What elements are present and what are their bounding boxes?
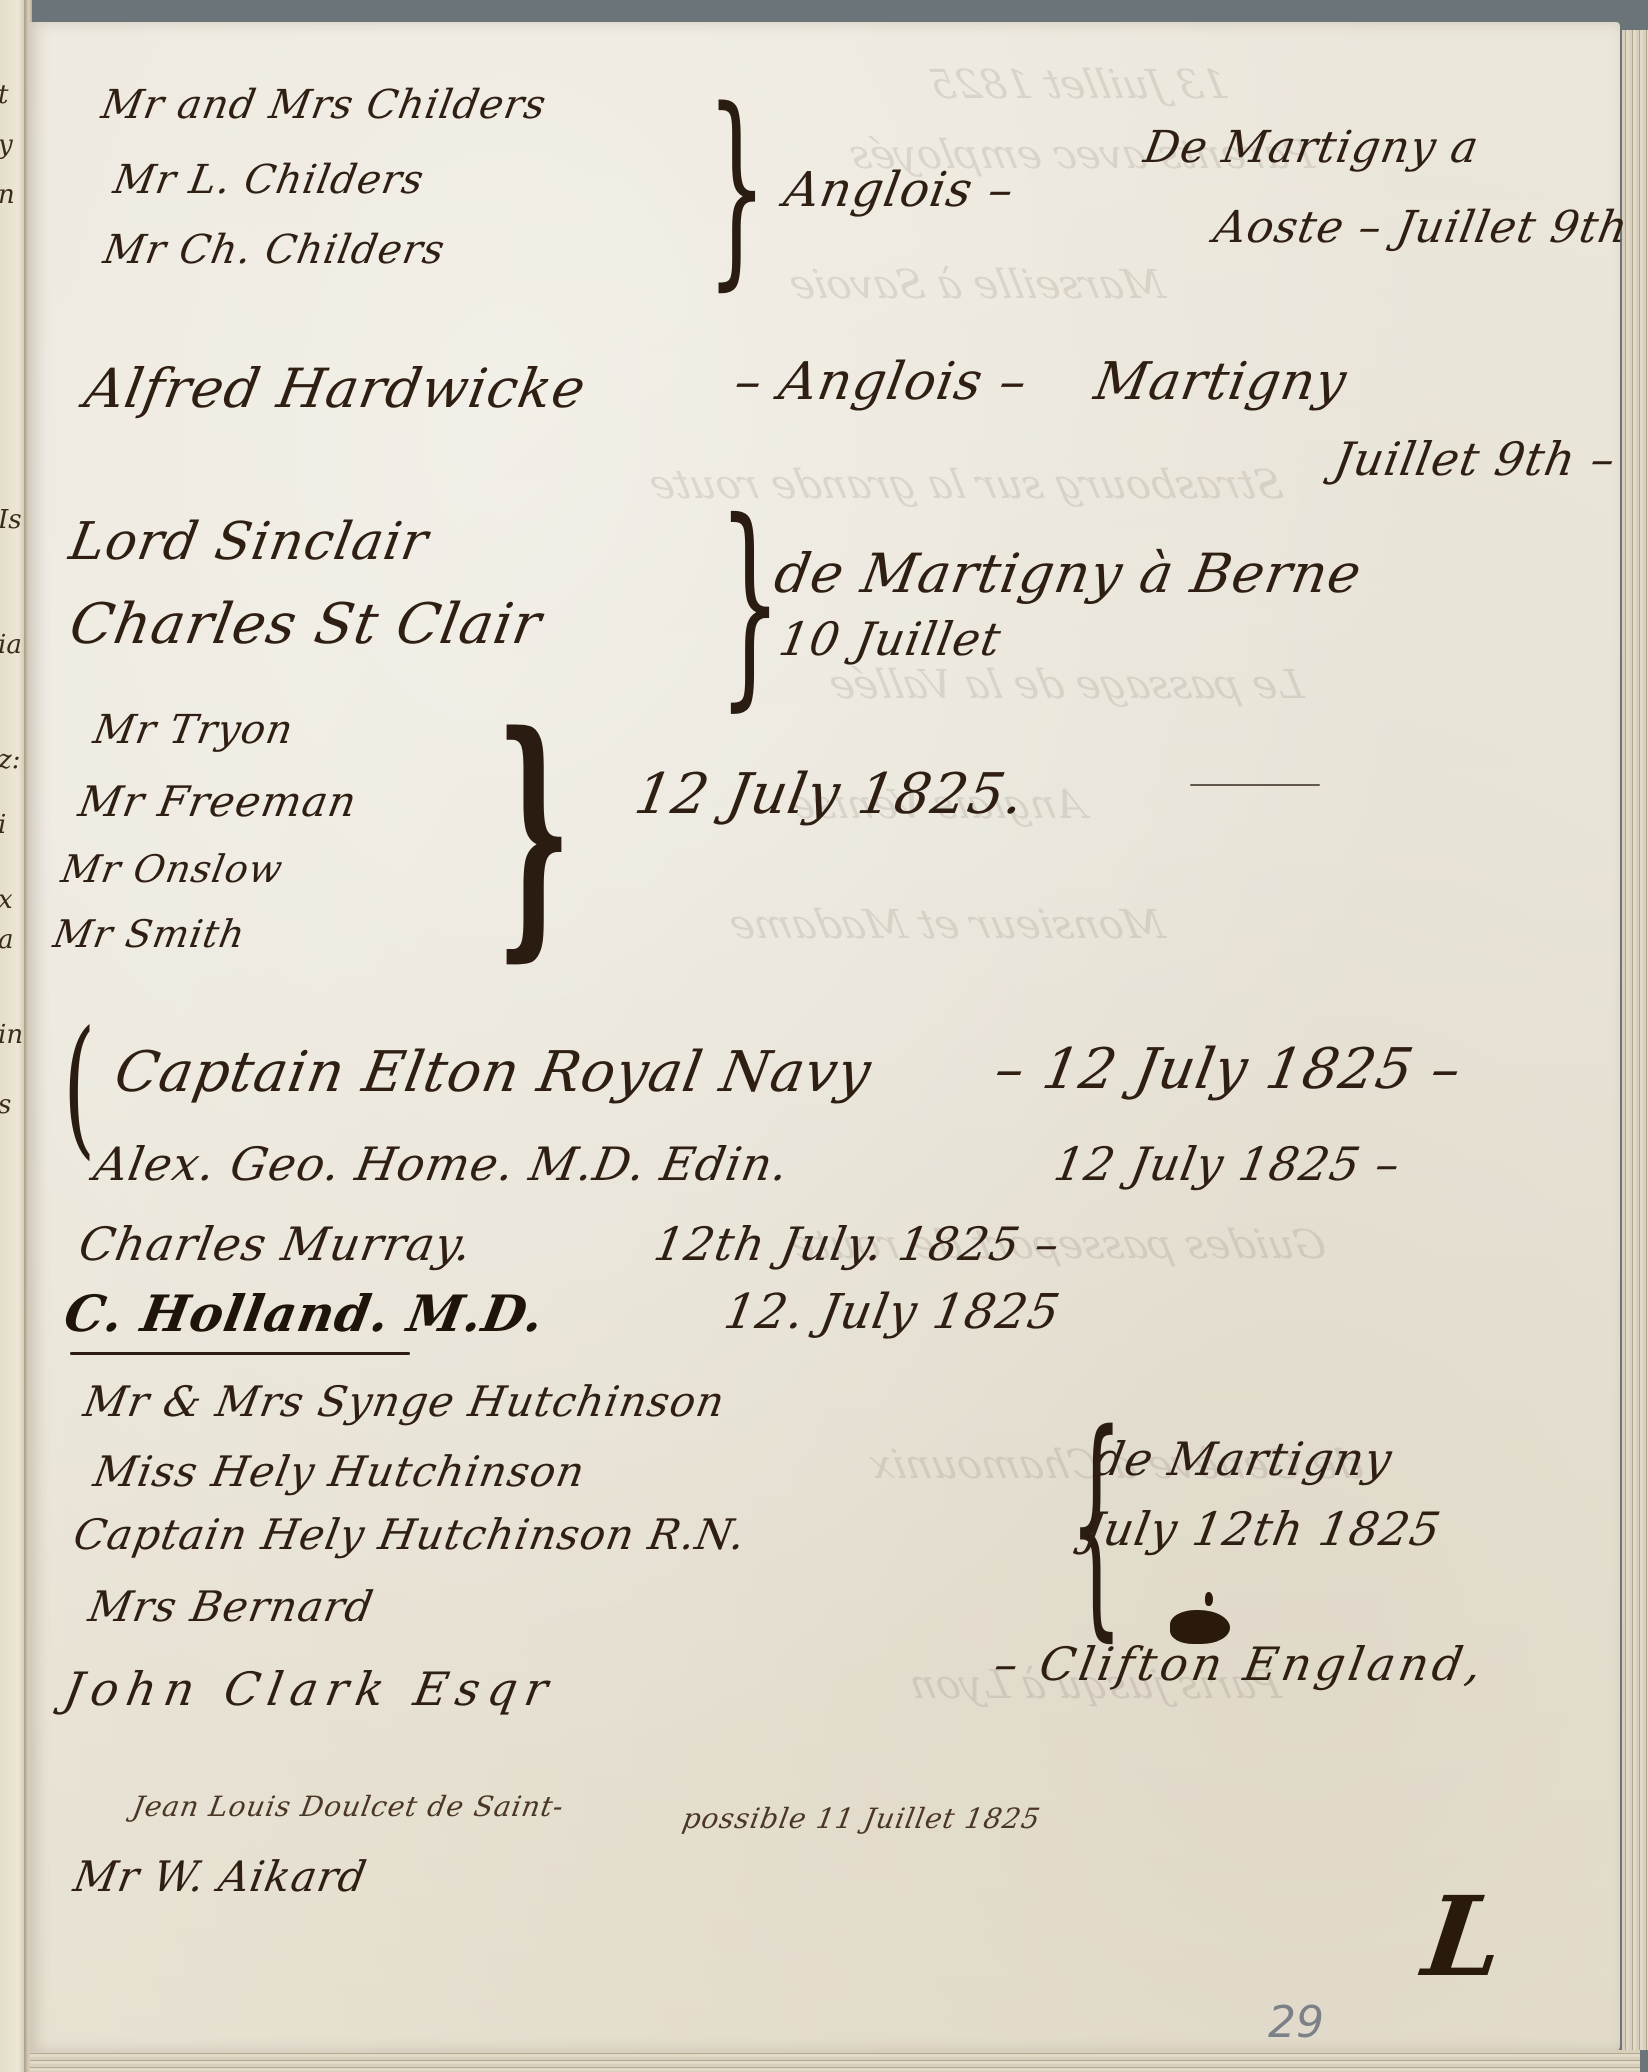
entry-name: Mr and Mrs Childers: [98, 82, 550, 128]
entry-name: Charles St Clair: [65, 592, 547, 657]
entry-route: Martigny: [1090, 352, 1351, 412]
dash-mark: [1190, 784, 1320, 786]
entry-date: 12 July 1825 –: [1050, 1137, 1405, 1191]
bleed-through-text: Marseille à Savoie: [785, 262, 1169, 308]
entry-name: Alfred Hardwicke: [80, 357, 591, 420]
grouping-brace: }: [707, 82, 767, 292]
margin-fragment: in: [0, 1020, 23, 1050]
entry-date: 12 July 1825.: [630, 762, 1030, 827]
entry-name: Captain Elton Royal Navy: [110, 1040, 876, 1105]
margin-fragment: s: [0, 1090, 11, 1120]
manuscript-page: 13 Juillet 1825 Parents avec employés Ma…: [30, 22, 1620, 2052]
entry-name: Miss Hely Hutchinson: [90, 1447, 589, 1496]
page-stack-right-edge: [1622, 30, 1648, 2050]
entry-route: de Martigny à Berne: [770, 542, 1367, 605]
margin-fragment: t: [0, 80, 8, 110]
margin-fragment: ia: [0, 630, 22, 660]
entry-nationality: Anglois –: [780, 162, 1019, 218]
entry-nationality: – Anglois –: [730, 352, 1032, 412]
entry-name: Captain Hely Hutchinson R.N.: [70, 1510, 750, 1559]
entry-name: Lord Sinclair: [65, 512, 433, 572]
entry-name: Mr Freeman: [75, 777, 361, 826]
grouping-brace: }: [496, 702, 571, 962]
entry-date: 12th July. 1825 –: [650, 1217, 1064, 1271]
ink-blot: [1170, 1610, 1230, 1644]
entry-note: possible 11 Juillet 1825: [680, 1802, 1043, 1835]
entry-route-date: 10 Juillet: [775, 612, 1006, 666]
entry-name: Mr W. Aikard: [70, 1852, 371, 1901]
ink-blot: [1205, 1592, 1213, 1606]
entry-name: John Clark Esqr: [60, 1662, 560, 1716]
entry-name: Mr Ch. Childers: [100, 227, 449, 273]
facing-page-text-fragments: t y n Is ia z: i x a in s: [0, 0, 26, 2072]
bleed-through-text: Monsieur et Madame: [725, 902, 1168, 948]
entry-name: C. Holland. M.D.: [60, 1284, 549, 1343]
entry-name: Jean Louis Doulcet de Saint-: [130, 1790, 567, 1823]
entry-date: 12. July 1825: [720, 1284, 1065, 1340]
margin-fragment: z:: [0, 745, 20, 775]
margin-fragment: a: [0, 925, 14, 955]
margin-fragment: x: [0, 885, 13, 915]
entry-name: Mr & Mrs Synge Hutchinson: [80, 1377, 729, 1426]
entry-route: de Martigny: [1090, 1432, 1397, 1486]
entry-route: De Martigny a: [1140, 122, 1483, 173]
margin-fragment: n: [0, 180, 15, 210]
entry-name: Mr Smith: [50, 912, 249, 956]
bleed-through-text: 13 Juillet 1825: [925, 62, 1233, 108]
corner-mark: L: [1404, 1872, 1523, 2001]
margin-fragment: Is: [0, 505, 22, 535]
entry-date: – 12 July 1825 –: [990, 1037, 1467, 1102]
entry-name: Mr L. Childers: [110, 157, 428, 203]
entry-name: Alex. Geo. Home. M.D. Edin.: [90, 1137, 793, 1191]
entry-name: Mr Onslow: [58, 847, 287, 891]
entry-route-date: Juillet 9th –: [1330, 432, 1620, 486]
large-capital-c: (: [63, 1012, 95, 1162]
page-stack-bottom-edge: [30, 2050, 1640, 2072]
signature-underline: [70, 1352, 410, 1355]
entry-name: Mr Tryon: [90, 707, 297, 753]
entry-origin: – Clifton England,: [990, 1637, 1490, 1691]
margin-fragment: y: [0, 130, 13, 160]
page-number: 29: [1268, 1997, 1324, 2048]
margin-fragment: i: [0, 810, 6, 840]
bleed-through-text: Le passage de la Vallée: [825, 662, 1307, 708]
entry-route-date: July 12th 1825: [1080, 1502, 1445, 1556]
entry-name: Charles Murray.: [75, 1217, 477, 1271]
entry-name: Mrs Bernard: [85, 1582, 377, 1631]
entry-route-date: Aoste – Juillet 9th: [1210, 202, 1632, 253]
